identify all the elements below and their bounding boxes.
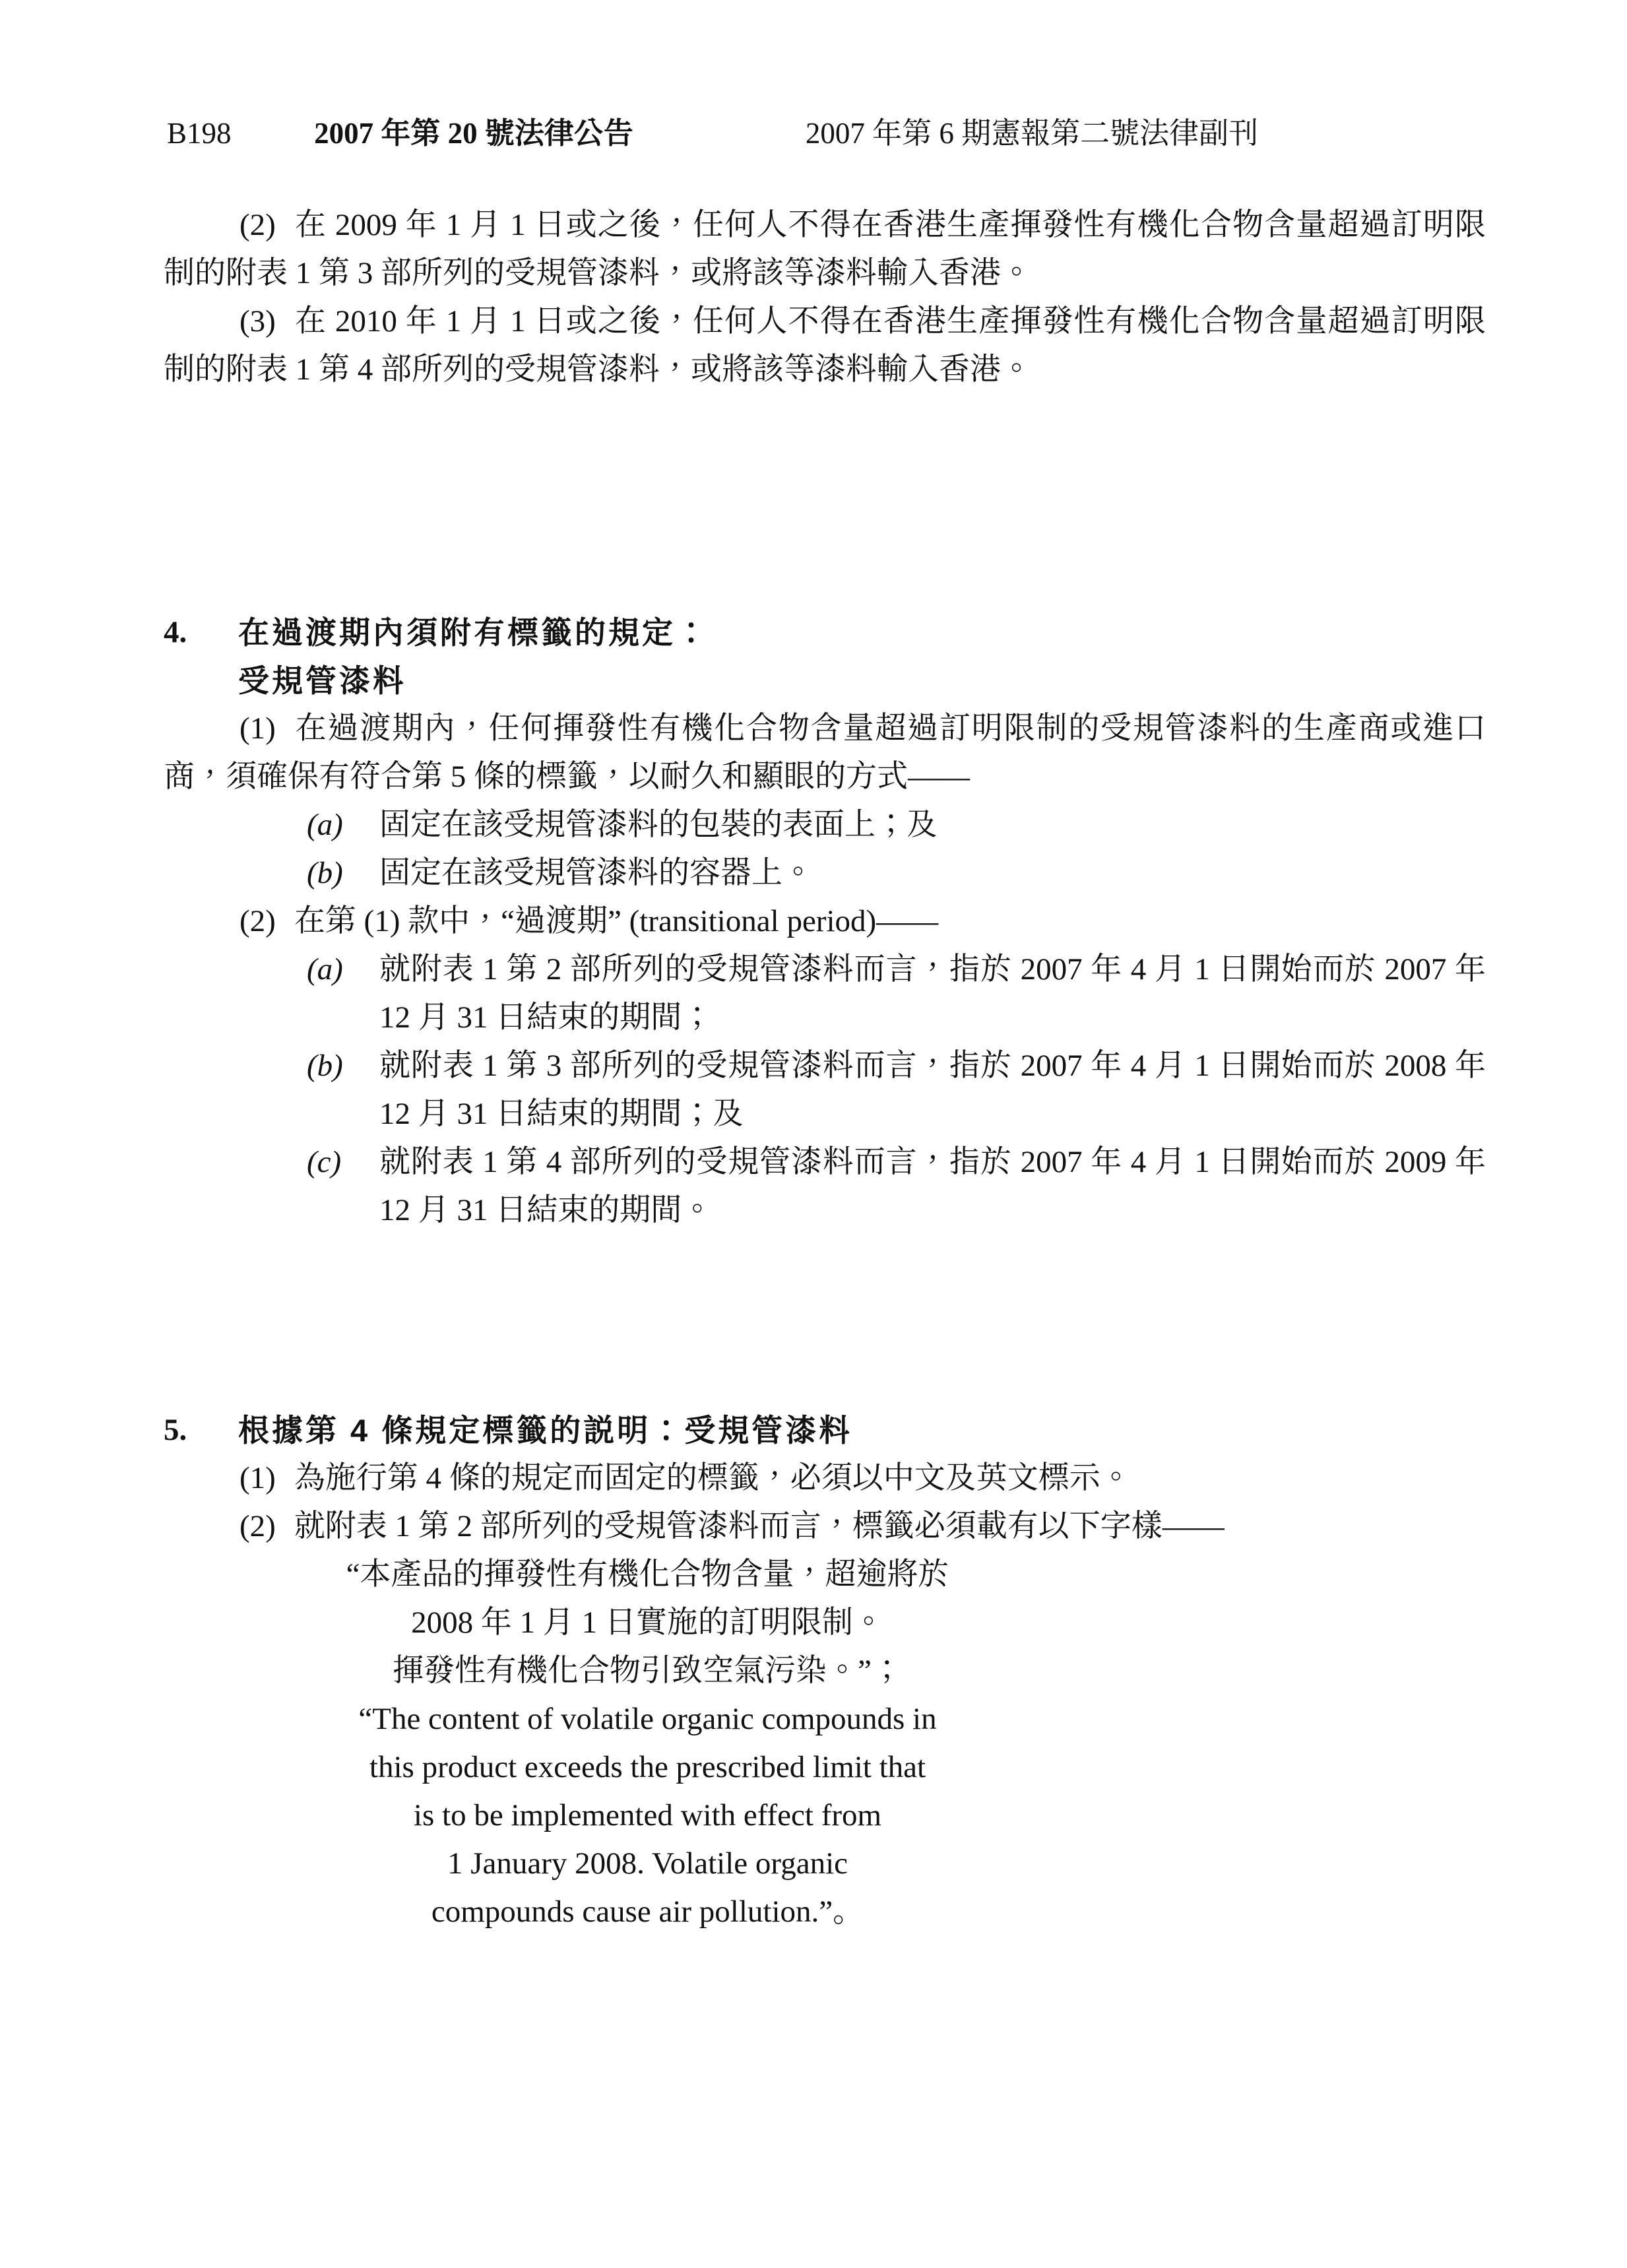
label-statement-english-line: “The content of volatile organic compoun… [294, 1695, 1002, 1743]
subsection-label: (3) [239, 304, 276, 339]
label-statement-english-line: compounds cause air pollution.”。 [294, 1888, 1002, 1936]
subsection-label: (1) [239, 711, 276, 746]
label-statement-english-line: this product exceeds the prescribed limi… [294, 1743, 1002, 1792]
label-statement-english-line: 1 January 2008. Volatile organic [294, 1840, 1002, 1888]
subsection-text: 在 2010 年 1 月 1 日或之後，任何人不得在香港生產揮發性有機化合物含量… [164, 304, 1486, 387]
label-statement: “本產品的揮發性有機化合物含量，超逾將於 2008 年 1 月 1 日實施的訂明… [294, 1551, 1002, 1936]
page-number: B198 [167, 113, 232, 153]
item-label: (c) [307, 1138, 341, 1186]
section-4-sub-2: (2)在第 (1) 款中，“過渡期” (transitional period)… [164, 897, 1486, 946]
section-5-sub-1: (1)為施行第 4 條的規定而固定的標籤，必須以中文及英文標示。 [164, 1454, 1486, 1503]
preamble-paragraph-3: (3)在 2010 年 1 月 1 日或之後，任何人不得在香港生產揮發性有機化合… [164, 298, 1486, 394]
notice-title: 2007 年第 20 號法律公告 [314, 113, 633, 153]
subsection-label: (1) [239, 1461, 276, 1495]
section-5-sub-2: (2)就附表 1 第 2 部所列的受規管漆料而言，標籤必須載有以下字樣—— [164, 1503, 1486, 1551]
label-statement-chinese-line: 2008 年 1 月 1 日實施的訂明限制。 [294, 1599, 1002, 1647]
section-4-sub-1: (1)在過渡期內，任何揮發性有機化合物含量超過訂明限制的受規管漆料的生產商或進口… [164, 705, 1486, 801]
document-body: (2)在 2009 年 1 月 1 日或之後，任何人不得在香港生產揮發性有機化合… [164, 201, 1486, 1936]
section-4-sub-2-item-c: (c)就附表 1 第 4 部所列的受規管漆料而言，指於 2007 年 4 月 1… [164, 1138, 1486, 1235]
item-label: (b) [307, 1042, 343, 1090]
subsection-label: (2) [239, 904, 276, 938]
section-4-heading: 4. 在過渡期內須附有標籤的規定： 受規管漆料 [164, 608, 1486, 705]
label-statement-chinese-line: 揮發性有機化合物引致空氣污染。”； [294, 1647, 1002, 1695]
running-header: B198 2007 年第 20 號法律公告 2007 年第 6 期憲報第二號法律… [0, 113, 1627, 153]
subsection-label: (2) [239, 208, 276, 242]
subsection-text: 為施行第 4 條的規定而固定的標籤，必須以中文及英文標示。 [294, 1461, 1132, 1495]
section-4-title-line1: 在過渡期內須附有標籤的規定： [238, 608, 1486, 657]
section-5-number: 5. [164, 1406, 187, 1454]
label-statement-chinese-line: “本產品的揮發性有機化合物含量，超逾將於 [294, 1551, 1002, 1599]
item-text: 就附表 1 第 3 部所列的受規管漆料而言，指於 2007 年 4 月 1 日開… [379, 1049, 1486, 1131]
gazette-title: 2007 年第 6 期憲報第二號法律副刊 [806, 113, 1258, 153]
subsection-text: 就附表 1 第 2 部所列的受規管漆料而言，標籤必須載有以下字樣—— [294, 1509, 1225, 1543]
subsection-text: 在第 (1) 款中，“過渡期” (transitional period)—— [294, 904, 938, 938]
item-text: 就附表 1 第 4 部所列的受規管漆料而言，指於 2007 年 4 月 1 日開… [379, 1145, 1486, 1227]
item-label: (b) [307, 849, 343, 897]
item-label: (a) [307, 946, 343, 994]
subsection-text: 在 2009 年 1 月 1 日或之後，任何人不得在香港生產揮發性有機化合物含量… [164, 208, 1486, 290]
section-4-title-line2: 受規管漆料 [238, 657, 1486, 705]
section-4-number: 4. [164, 608, 187, 657]
item-text: 就附表 1 第 2 部所列的受規管漆料而言，指於 2007 年 4 月 1 日開… [379, 952, 1486, 1035]
item-label: (a) [307, 801, 343, 849]
section-5-heading: 5. 根據第 4 條規定標籤的説明：受規管漆料 [164, 1406, 1486, 1454]
section-4-sub-1-item-a: (a)固定在該受規管漆料的包裝的表面上；及 [164, 801, 1486, 849]
section-4-sub-2-item-b: (b)就附表 1 第 3 部所列的受規管漆料而言，指於 2007 年 4 月 1… [164, 1042, 1486, 1138]
item-text: 固定在該受規管漆料的容器上。 [379, 856, 813, 890]
preamble-paragraph-2: (2)在 2009 年 1 月 1 日或之後，任何人不得在香港生產揮發性有機化合… [164, 201, 1486, 298]
label-statement-english-line: is to be implemented with effect from [294, 1792, 1002, 1840]
section-5-title: 根據第 4 條規定標籤的説明：受規管漆料 [238, 1406, 1486, 1454]
item-text: 固定在該受規管漆料的包裝的表面上；及 [379, 808, 938, 842]
gazette-page: B198 2007 年第 20 號法律公告 2007 年第 6 期憲報第二號法律… [0, 0, 1627, 2268]
section-4-sub-2-item-a: (a)就附表 1 第 2 部所列的受規管漆料而言，指於 2007 年 4 月 1… [164, 946, 1486, 1042]
section-4-sub-1-item-b: (b)固定在該受規管漆料的容器上。 [164, 849, 1486, 897]
subsection-text: 在過渡期內，任何揮發性有機化合物含量超過訂明限制的受規管漆料的生產商或進口商，須… [164, 711, 1486, 794]
subsection-label: (2) [239, 1509, 276, 1543]
